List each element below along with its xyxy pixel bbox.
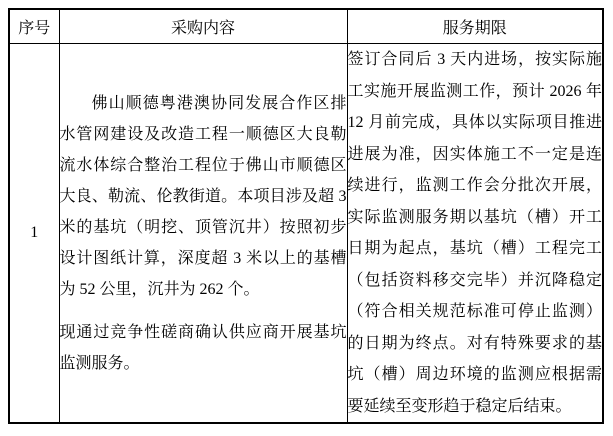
document-page: 序号 采购内容 服务期限 1 佛山顺德粤港澳协同发展合作区排水管网建设及改造工程… — [0, 0, 613, 436]
procurement-paragraph-2: 现通过竞争性磋商确认供应商开展基坑监测服务。 — [60, 317, 347, 379]
procurement-table: 序号 采购内容 服务期限 1 佛山顺德粤港澳协同发展合作区排水管网建设及改造工程… — [8, 8, 604, 424]
procurement-paragraph-1: 佛山顺德粤港澳协同发展合作区排水管网建设及改造工程一顺德区大良勒流水体综合整治工… — [60, 88, 347, 305]
row-index-cell: 1 — [9, 44, 59, 424]
table-header-row: 序号 采购内容 服务期限 — [9, 9, 603, 44]
service-period-cell: 签订合同后 3 天内进场，按实际施工实施开展监测工作，预计 2026 年 12 … — [347, 44, 603, 424]
col-header-service-period: 服务期限 — [347, 9, 603, 44]
procurement-content-cell: 佛山顺德粤港澳协同发展合作区排水管网建设及改造工程一顺德区大良勒流水体综合整治工… — [59, 44, 347, 424]
col-header-index: 序号 — [9, 9, 59, 44]
col-header-procurement-content: 采购内容 — [59, 9, 347, 44]
table-row: 1 佛山顺德粤港澳协同发展合作区排水管网建设及改造工程一顺德区大良勒流水体综合整… — [9, 44, 603, 424]
